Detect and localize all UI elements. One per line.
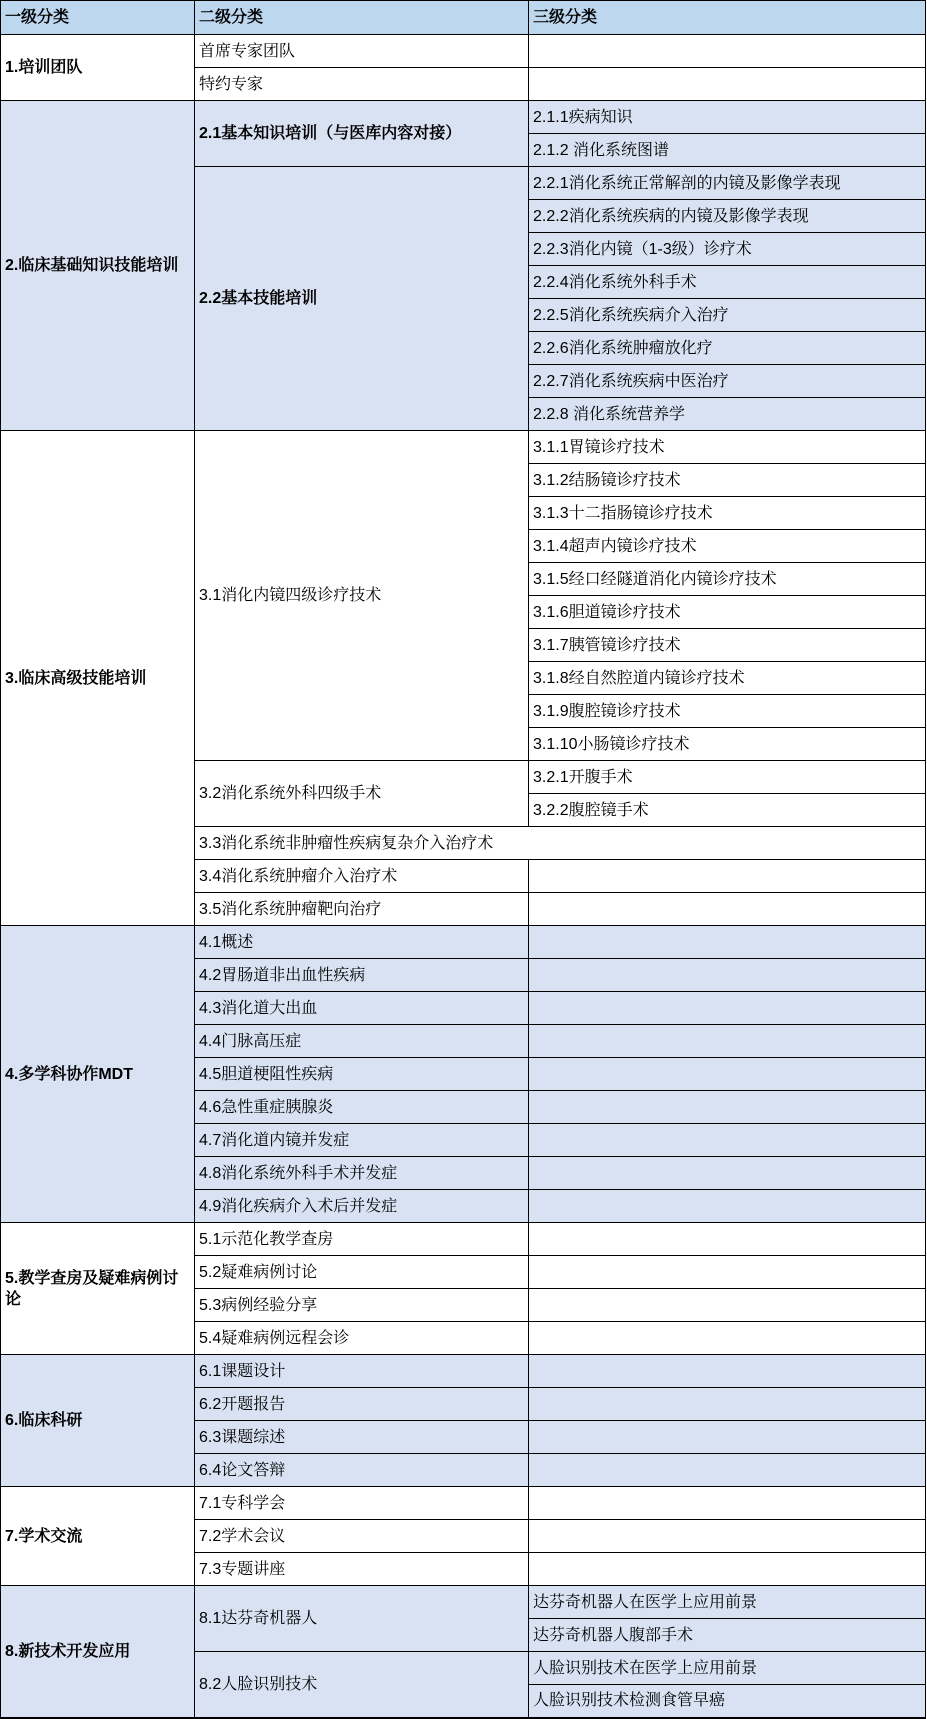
l2-item-cell: 4.3消化道大出血 xyxy=(195,992,529,1025)
l2-item-cell: 4.8消化系统外科手术并发症 xyxy=(195,1157,529,1190)
l1-section-cell: 7.学术交流 xyxy=(1,1487,195,1586)
l2-item-cell: 特约专家 xyxy=(195,68,529,101)
l2-item-cell: 6.1课题设计 xyxy=(195,1355,529,1388)
empty-cell xyxy=(529,1421,926,1454)
l2-item-cell: 4.9消化疾病介入术后并发症 xyxy=(195,1190,529,1223)
empty-cell xyxy=(529,1091,926,1124)
empty-cell xyxy=(529,1454,926,1487)
header-level3: 三级分类 xyxy=(529,1,926,35)
empty-cell xyxy=(529,1289,926,1322)
l2-item-cell: 5.1示范化教学查房 xyxy=(195,1223,529,1256)
empty-cell xyxy=(529,68,926,101)
l1-section-cell: 4.多学科协作MDT xyxy=(1,926,195,1223)
empty-cell xyxy=(529,1355,926,1388)
l3-item-cell: 2.1.2 消化系统图谱 xyxy=(529,134,926,167)
empty-cell xyxy=(529,1157,926,1190)
l3-item-cell: 3.1.7胰管镜诊疗技术 xyxy=(529,629,926,662)
l3-item-cell: 人脸识别技术在医学上应用前景 xyxy=(529,1652,926,1685)
table-row: 2.临床基础知识技能培训 2.1基本知识培训（与医库内容对接） 2.1.1疾病知… xyxy=(1,101,926,134)
l3-item-cell: 2.2.2消化系统疾病的内镜及影像学表现 xyxy=(529,200,926,233)
l3-item-cell: 2.2.4消化系统外科手术 xyxy=(529,266,926,299)
empty-cell xyxy=(529,1553,926,1586)
l3-item-cell: 2.2.8 消化系统营养学 xyxy=(529,398,926,431)
l2-item-cell: 7.1专科学会 xyxy=(195,1487,529,1520)
page: 一级分类 二级分类 三级分类 1.培训团队 首席专家团队 特约专家 2.临床基础… xyxy=(0,0,927,1719)
l2-item-cell: 4.7消化道内镜并发症 xyxy=(195,1124,529,1157)
l3-item-cell: 2.2.7消化系统疾病中医治疗 xyxy=(529,365,926,398)
l3-item-cell: 达芬奇机器人在医学上应用前景 xyxy=(529,1586,926,1619)
table-row: 4.多学科协作MDT 4.1概述 xyxy=(1,926,926,959)
l2-item-cell: 4.4门脉高压症 xyxy=(195,1025,529,1058)
empty-cell xyxy=(529,1058,926,1091)
l2-group-cell: 8.1达芬奇机器人 xyxy=(195,1586,529,1652)
l3-item-cell: 3.1.1胃镜诊疗技术 xyxy=(529,431,926,464)
empty-cell xyxy=(529,1256,926,1289)
l2-group-cell: 2.2基本技能培训 xyxy=(195,167,529,431)
l2-item-cell: 4.5胆道梗阻性疾病 xyxy=(195,1058,529,1091)
l2-item-cell: 6.4论文答辩 xyxy=(195,1454,529,1487)
header-level1: 一级分类 xyxy=(1,1,195,35)
l3-item-cell: 3.2.1开腹手术 xyxy=(529,761,926,794)
l3-item-cell: 3.1.3十二指肠镜诊疗技术 xyxy=(529,497,926,530)
l2-item-cell: 5.2疑难病例讨论 xyxy=(195,1256,529,1289)
empty-cell xyxy=(529,992,926,1025)
l2-item-cell: 3.4消化系统肿瘤介入治疗术 xyxy=(195,860,529,893)
l2-item-cell: 5.3病例经验分享 xyxy=(195,1289,529,1322)
l1-section-cell: 5.教学查房及疑难病例讨论 xyxy=(1,1223,195,1355)
l1-section-cell: 6.临床科研 xyxy=(1,1355,195,1487)
l2-group-cell: 2.1基本知识培训（与医库内容对接） xyxy=(195,101,529,167)
l2-group-cell: 8.2人脸识别技术 xyxy=(195,1652,529,1718)
l3-item-cell: 3.2.2腹腔镜手术 xyxy=(529,794,926,827)
l2-item-cell: 6.2开题报告 xyxy=(195,1388,529,1421)
l3-item-cell: 2.2.5消化系统疾病介入治疗 xyxy=(529,299,926,332)
empty-cell xyxy=(529,1190,926,1223)
empty-cell xyxy=(529,1322,926,1355)
l2-wide-cell: 3.3消化系统非肿瘤性疾病复杂介入治疗术 xyxy=(195,827,926,860)
empty-cell xyxy=(529,1487,926,1520)
l3-item-cell: 2.2.6消化系统肿瘤放化疗 xyxy=(529,332,926,365)
l2-item-cell: 3.5消化系统肿瘤靶向治疗 xyxy=(195,893,529,926)
empty-cell xyxy=(529,860,926,893)
l3-item-cell: 2.2.3消化内镜（1-3级）诊疗术 xyxy=(529,233,926,266)
l3-item-cell: 2.2.1消化系统正常解剖的内镜及影像学表现 xyxy=(529,167,926,200)
l3-item-cell: 人脸识别技术检测食管早癌 xyxy=(529,1685,926,1718)
empty-cell xyxy=(529,35,926,68)
l3-item-cell: 3.1.10小肠镜诊疗技术 xyxy=(529,728,926,761)
l2-item-cell: 7.2学术会议 xyxy=(195,1520,529,1553)
empty-cell xyxy=(529,893,926,926)
empty-cell xyxy=(529,1388,926,1421)
l2-item-cell: 4.1概述 xyxy=(195,926,529,959)
l3-item-cell: 达芬奇机器人腹部手术 xyxy=(529,1619,926,1652)
empty-cell xyxy=(529,1124,926,1157)
l1-section-cell: 1.培训团队 xyxy=(1,35,195,101)
l2-item-cell: 5.4疑难病例远程会诊 xyxy=(195,1322,529,1355)
l3-item-cell: 3.1.6胆道镜诊疗技术 xyxy=(529,596,926,629)
empty-cell xyxy=(529,959,926,992)
header-row: 一级分类 二级分类 三级分类 xyxy=(1,1,926,35)
l2-group-cell: 3.2消化系统外科四级手术 xyxy=(195,761,529,827)
l1-section-cell: 8.新技术开发应用 xyxy=(1,1586,195,1718)
l1-section-cell: 3.临床高级技能培训 xyxy=(1,431,195,926)
l3-item-cell: 3.1.5经口经隧道消化内镜诊疗技术 xyxy=(529,563,926,596)
l2-item-cell: 4.2胃肠道非出血性疾病 xyxy=(195,959,529,992)
l2-item-cell: 首席专家团队 xyxy=(195,35,529,68)
l2-group-cell: 3.1消化内镜四级诊疗技术 xyxy=(195,431,529,761)
l2-item-cell: 6.3课题综述 xyxy=(195,1421,529,1454)
l3-item-cell: 2.1.1疾病知识 xyxy=(529,101,926,134)
l2-item-cell: 7.3专题讲座 xyxy=(195,1553,529,1586)
table-row: 5.教学查房及疑难病例讨论 5.1示范化教学查房 xyxy=(1,1223,926,1256)
empty-cell xyxy=(529,1223,926,1256)
l2-item-cell: 4.6急性重症胰腺炎 xyxy=(195,1091,529,1124)
l3-item-cell: 3.1.9腹腔镜诊疗技术 xyxy=(529,695,926,728)
l1-section-cell: 2.临床基础知识技能培训 xyxy=(1,101,195,431)
classification-table: 一级分类 二级分类 三级分类 1.培训团队 首席专家团队 特约专家 2.临床基础… xyxy=(0,0,926,1719)
empty-cell xyxy=(529,1520,926,1553)
table-row: 8.新技术开发应用 8.1达芬奇机器人 达芬奇机器人在医学上应用前景 xyxy=(1,1586,926,1619)
table-row: 6.临床科研 6.1课题设计 xyxy=(1,1355,926,1388)
l3-item-cell: 3.1.8经自然腔道内镜诊疗技术 xyxy=(529,662,926,695)
table-row: 1.培训团队 首席专家团队 xyxy=(1,35,926,68)
empty-cell xyxy=(529,926,926,959)
l3-item-cell: 3.1.4超声内镜诊疗技术 xyxy=(529,530,926,563)
l3-item-cell: 3.1.2结肠镜诊疗技术 xyxy=(529,464,926,497)
empty-cell xyxy=(529,1025,926,1058)
header-level2: 二级分类 xyxy=(195,1,529,35)
table-row: 3.临床高级技能培训 3.1消化内镜四级诊疗技术 3.1.1胃镜诊疗技术 xyxy=(1,431,926,464)
table-row: 7.学术交流 7.1专科学会 xyxy=(1,1487,926,1520)
